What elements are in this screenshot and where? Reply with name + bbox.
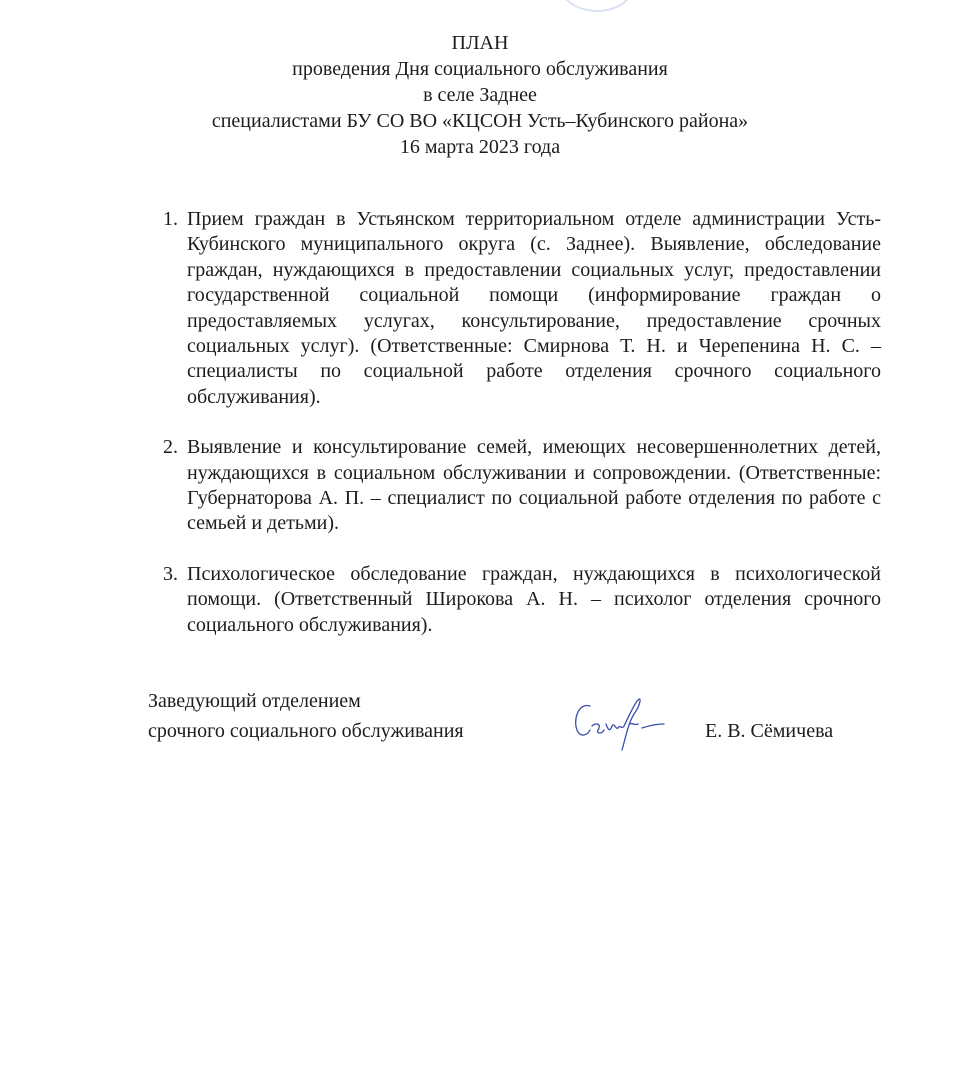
document-date: 16 марта 2023 года bbox=[0, 134, 959, 160]
plan-item-number: 3. bbox=[148, 562, 178, 587]
document-title: ПЛАН bbox=[0, 30, 959, 56]
plan-item-text: Психологическое обследование граждан, ну… bbox=[187, 562, 881, 638]
subtitle-line-1: проведения Дня социального обслуживания bbox=[0, 56, 959, 82]
subtitle-line-3: специалистами БУ СО ВО «КЦСОН Усть–Кубин… bbox=[0, 108, 959, 134]
plan-item-number: 2. bbox=[148, 435, 178, 460]
plan-item: 3. Психологическое обследование граждан,… bbox=[148, 562, 881, 638]
signatory-position-line-1: Заведующий отделением bbox=[148, 686, 464, 716]
plan-item: 2. Выявление и консультирование семей, и… bbox=[148, 435, 881, 537]
document-header: ПЛАН проведения Дня социального обслужив… bbox=[0, 30, 959, 160]
signatory-position: Заведующий отделением срочного социально… bbox=[148, 686, 464, 746]
signatory-name: Е. В. Сёмичева bbox=[705, 716, 833, 746]
plan-item-text: Прием граждан в Устьянском территориальн… bbox=[187, 207, 881, 410]
plan-item-number: 1. bbox=[148, 207, 178, 232]
plan-item-text: Выявление и консультирование семей, имею… bbox=[187, 435, 881, 537]
handwritten-signature-icon bbox=[568, 692, 668, 756]
stamp-fragment bbox=[560, 0, 634, 12]
subtitle-line-2: в селе Заднее bbox=[0, 82, 959, 108]
signatory-position-line-2: срочного социального обслуживания bbox=[148, 716, 464, 746]
plan-item: 1. Прием граждан в Устьянском территориа… bbox=[148, 207, 881, 410]
plan-items-list: 1. Прием граждан в Устьянском территориа… bbox=[148, 207, 881, 663]
